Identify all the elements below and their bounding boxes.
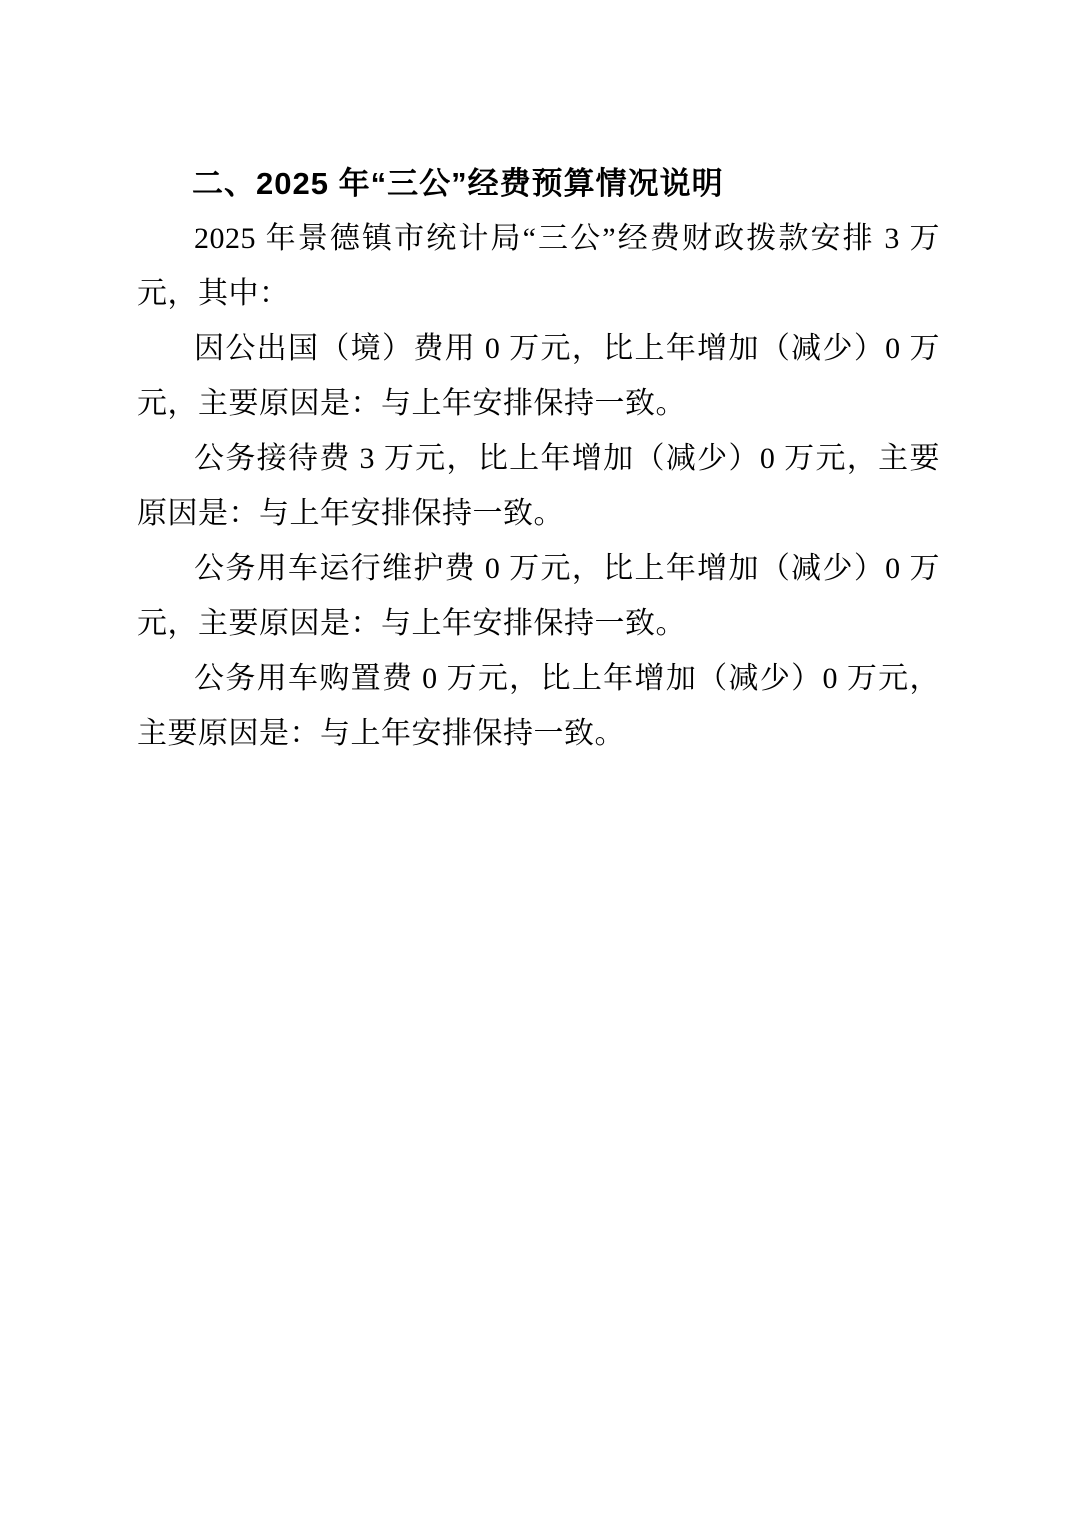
para-vehicle-maintenance: 公务用车运行维护费 0 万元，比上年增加（减少）0 万元，主要原因是：与上年安排… <box>137 541 940 651</box>
para-vehicle-purchase: 公务用车购置费 0 万元，比上年增加（减少）0 万元，主要原因是：与上年安排保持… <box>137 651 940 761</box>
para-total-budget: 2025 年景德镇市统计局“三公”经费财政拨款安排 3 万元，其中： <box>137 211 940 321</box>
document-page: 二、2025 年“三公”经费预算情况说明 2025 年景德镇市统计局“三公”经费… <box>0 0 1074 1520</box>
document-content: 二、2025 年“三公”经费预算情况说明 2025 年景德镇市统计局“三公”经费… <box>137 156 940 761</box>
para-overseas-travel: 因公出国（境）费用 0 万元，比上年增加（减少）0 万元，主要原因是：与上年安排… <box>137 321 940 431</box>
section-heading: 二、2025 年“三公”经费预算情况说明 <box>137 156 940 211</box>
para-official-reception: 公务接待费 3 万元，比上年增加（减少）0 万元，主要原因是：与上年安排保持一致… <box>137 431 940 541</box>
